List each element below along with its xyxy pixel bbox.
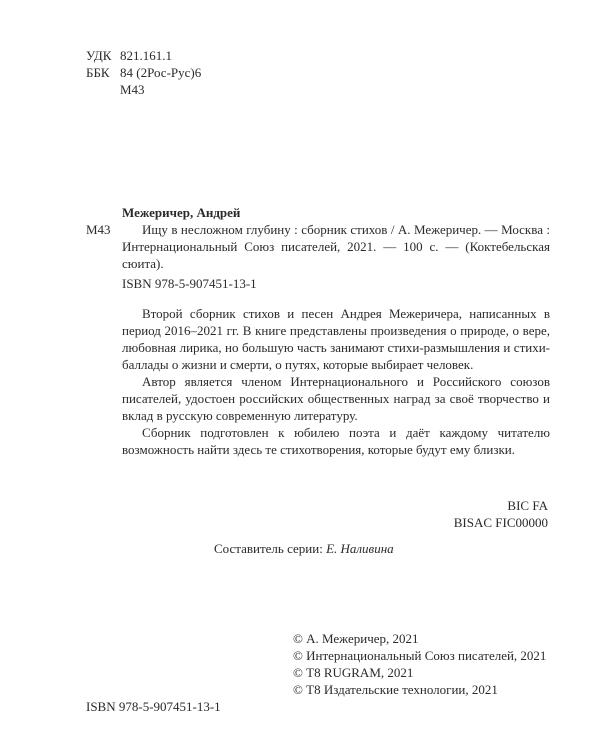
series-compiler-label: Составитель серии: [214,541,326,556]
bisac-code: BISAC FIC00000 [454,514,548,531]
bbk-label: ББК [86,64,120,81]
copyright-line: © Интернациональный Союз писателей, 2021 [293,647,553,664]
bbk-value: 84 (2Рос-Рус)6 [120,64,201,81]
author-mark-row: М43 [86,81,145,98]
bbk-row: ББК84 (2Рос-Рус)6 [86,64,201,81]
udk-label: УДК [86,47,120,64]
catalog-author: Межеричер, Андрей [122,204,240,221]
subject-codes: BIC FA BISAC FIC00000 [454,497,548,531]
catalog-isbn: ISBN 978-5-907451-13-1 [122,275,257,292]
copyright-line: © А. Межеричер, 2021 [293,630,553,647]
annotation: Второй сборник стихов и песен Андрея Меж… [122,305,550,458]
isbn-bottom: ISBN 978-5-907451-13-1 [86,698,221,715]
annotation-paragraph: Автор является членом Интернационального… [122,373,550,424]
author-mark-value: М43 [120,81,145,98]
bic-code: BIC FA [454,497,548,514]
copyright-block: © А. Межеричер, 2021 © Интернациональный… [293,630,553,698]
series-compiler: Составитель серии: Е. Наливина [214,540,394,557]
udk-row: УДК821.161.1 [86,47,172,64]
udk-value: 821.161.1 [120,47,172,64]
bibliographic-description: Ищу в несложном глубину : сборник стихов… [122,221,550,272]
copyright-line: © Т8 RUGRAM, 2021 [293,664,553,681]
annotation-paragraph: Сборник подготовлен к юбилею поэта и даё… [122,424,550,458]
series-compiler-name: Е. Наливина [326,541,394,556]
catalog-shelf-mark: М43 [86,221,111,238]
copyright-line: © Т8 Издательские технологии, 2021 [293,681,553,698]
annotation-paragraph: Второй сборник стихов и песен Андрея Меж… [122,305,550,373]
